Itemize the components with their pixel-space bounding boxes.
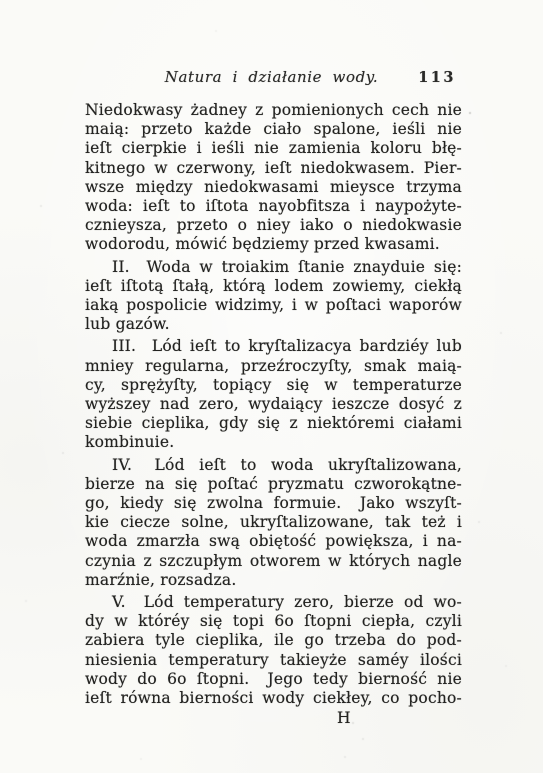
page-number: 113 — [418, 69, 456, 86]
text-line: siebie cieplika, gdy się z niektóremi ci… — [85, 414, 462, 433]
text-line: cznieysza, przeto o niey iako o niedokwa… — [85, 216, 462, 235]
text-line: wsze między niedokwasami mieysce trzyma — [85, 178, 462, 197]
text-line: go, kiedy się zwolna formuie. Jako wszyſ… — [85, 494, 462, 513]
text-line: II. Woda w troiakim ſtanie znayduie się: — [85, 258, 462, 277]
paragraph: III. Lód ieſt to kryſtalizacya bardziéy … — [85, 337, 462, 452]
text-line: marźnie, rozsadza. — [85, 571, 462, 590]
book-page-scan: Natura i działanie wody. 113 Niedokwasy … — [0, 0, 543, 773]
text-line: ieſt równa bierności wody ciekłey, co po… — [85, 689, 462, 708]
signature-mark: H — [337, 709, 462, 728]
text-line: kitnego w czerwony, ieſt niedokwasem. Pi… — [85, 159, 462, 178]
text-line: wyższey nad zero, wydaiący ieszcze dosyć… — [85, 395, 462, 414]
text-line: iaką pospolicie widzimy, i w poſtaci wap… — [85, 296, 462, 315]
text-line: woda: ieſt to iſtota nayobfitsza i naypo… — [85, 197, 462, 216]
paragraph: IV. Lód ieſt to woda ukryſtalizowana,bie… — [85, 456, 462, 590]
header-title: Natura i działanie wody. — [0, 68, 543, 86]
text-line: zabiera tyle cieplika, ile go trzeba do … — [85, 631, 462, 650]
text-line: V. Lód temperatury zero, bierze od wo- — [85, 593, 462, 612]
body-text: Niedokwasy żadney z pomienionych cech ni… — [85, 101, 462, 729]
text-line: ieſt iſtotą ſtałą, którą lodem zowiemy, … — [85, 277, 462, 296]
text-line: dy w któréy się topi 6o ſtopni ciepła, c… — [85, 612, 462, 631]
paragraph: V. Lód temperatury zero, bierze od wo-dy… — [85, 593, 462, 708]
paragraph: Niedokwasy żadney z pomienionych cech ni… — [85, 101, 462, 255]
text-line: kie ciecze solne, ukryſtalizowane, tak t… — [85, 513, 462, 532]
text-line: III. Lód ieſt to kryſtalizacya bardziéy … — [85, 337, 462, 356]
text-line: maią: przeto każde ciało spalone, ieśli … — [85, 120, 462, 139]
text-line: wodorodu, mówić będziemy przed kwasami. — [85, 235, 462, 254]
text-line: Niedokwasy żadney z pomienionych cech ni… — [85, 101, 462, 120]
text-line: czynia z szczupłym otworem w których nag… — [85, 552, 462, 571]
text-line: wody do 6o ſtopni. Jego tedy bierność ni… — [85, 670, 462, 689]
text-line: lub gazów. — [85, 315, 462, 334]
scan-noise-specks — [0, 0, 2, 2]
text-line: bierze na się poſtać pryzmatu czworokątn… — [85, 475, 462, 494]
text-line: kombinuie. — [85, 433, 462, 452]
text-line: IV. Lód ieſt to woda ukryſtalizowana, — [85, 456, 462, 475]
text-line: cy, sprężyſty, topiący się w temperaturz… — [85, 376, 462, 395]
text-line: mniey regularna, przeźroczyſty, smak mai… — [85, 357, 462, 376]
paragraph: II. Woda w troiakim ſtanie znayduie się:… — [85, 258, 462, 335]
text-line: niesienia temperatury takieyże saméy ilo… — [85, 651, 462, 670]
text-line: ieſt cierpkie i ieśli nie zamienia kolor… — [85, 139, 462, 158]
text-line: woda zmarzła swą obiętość powiększa, i n… — [85, 532, 462, 551]
running-header: Natura i działanie wody. 113 — [0, 68, 543, 92]
